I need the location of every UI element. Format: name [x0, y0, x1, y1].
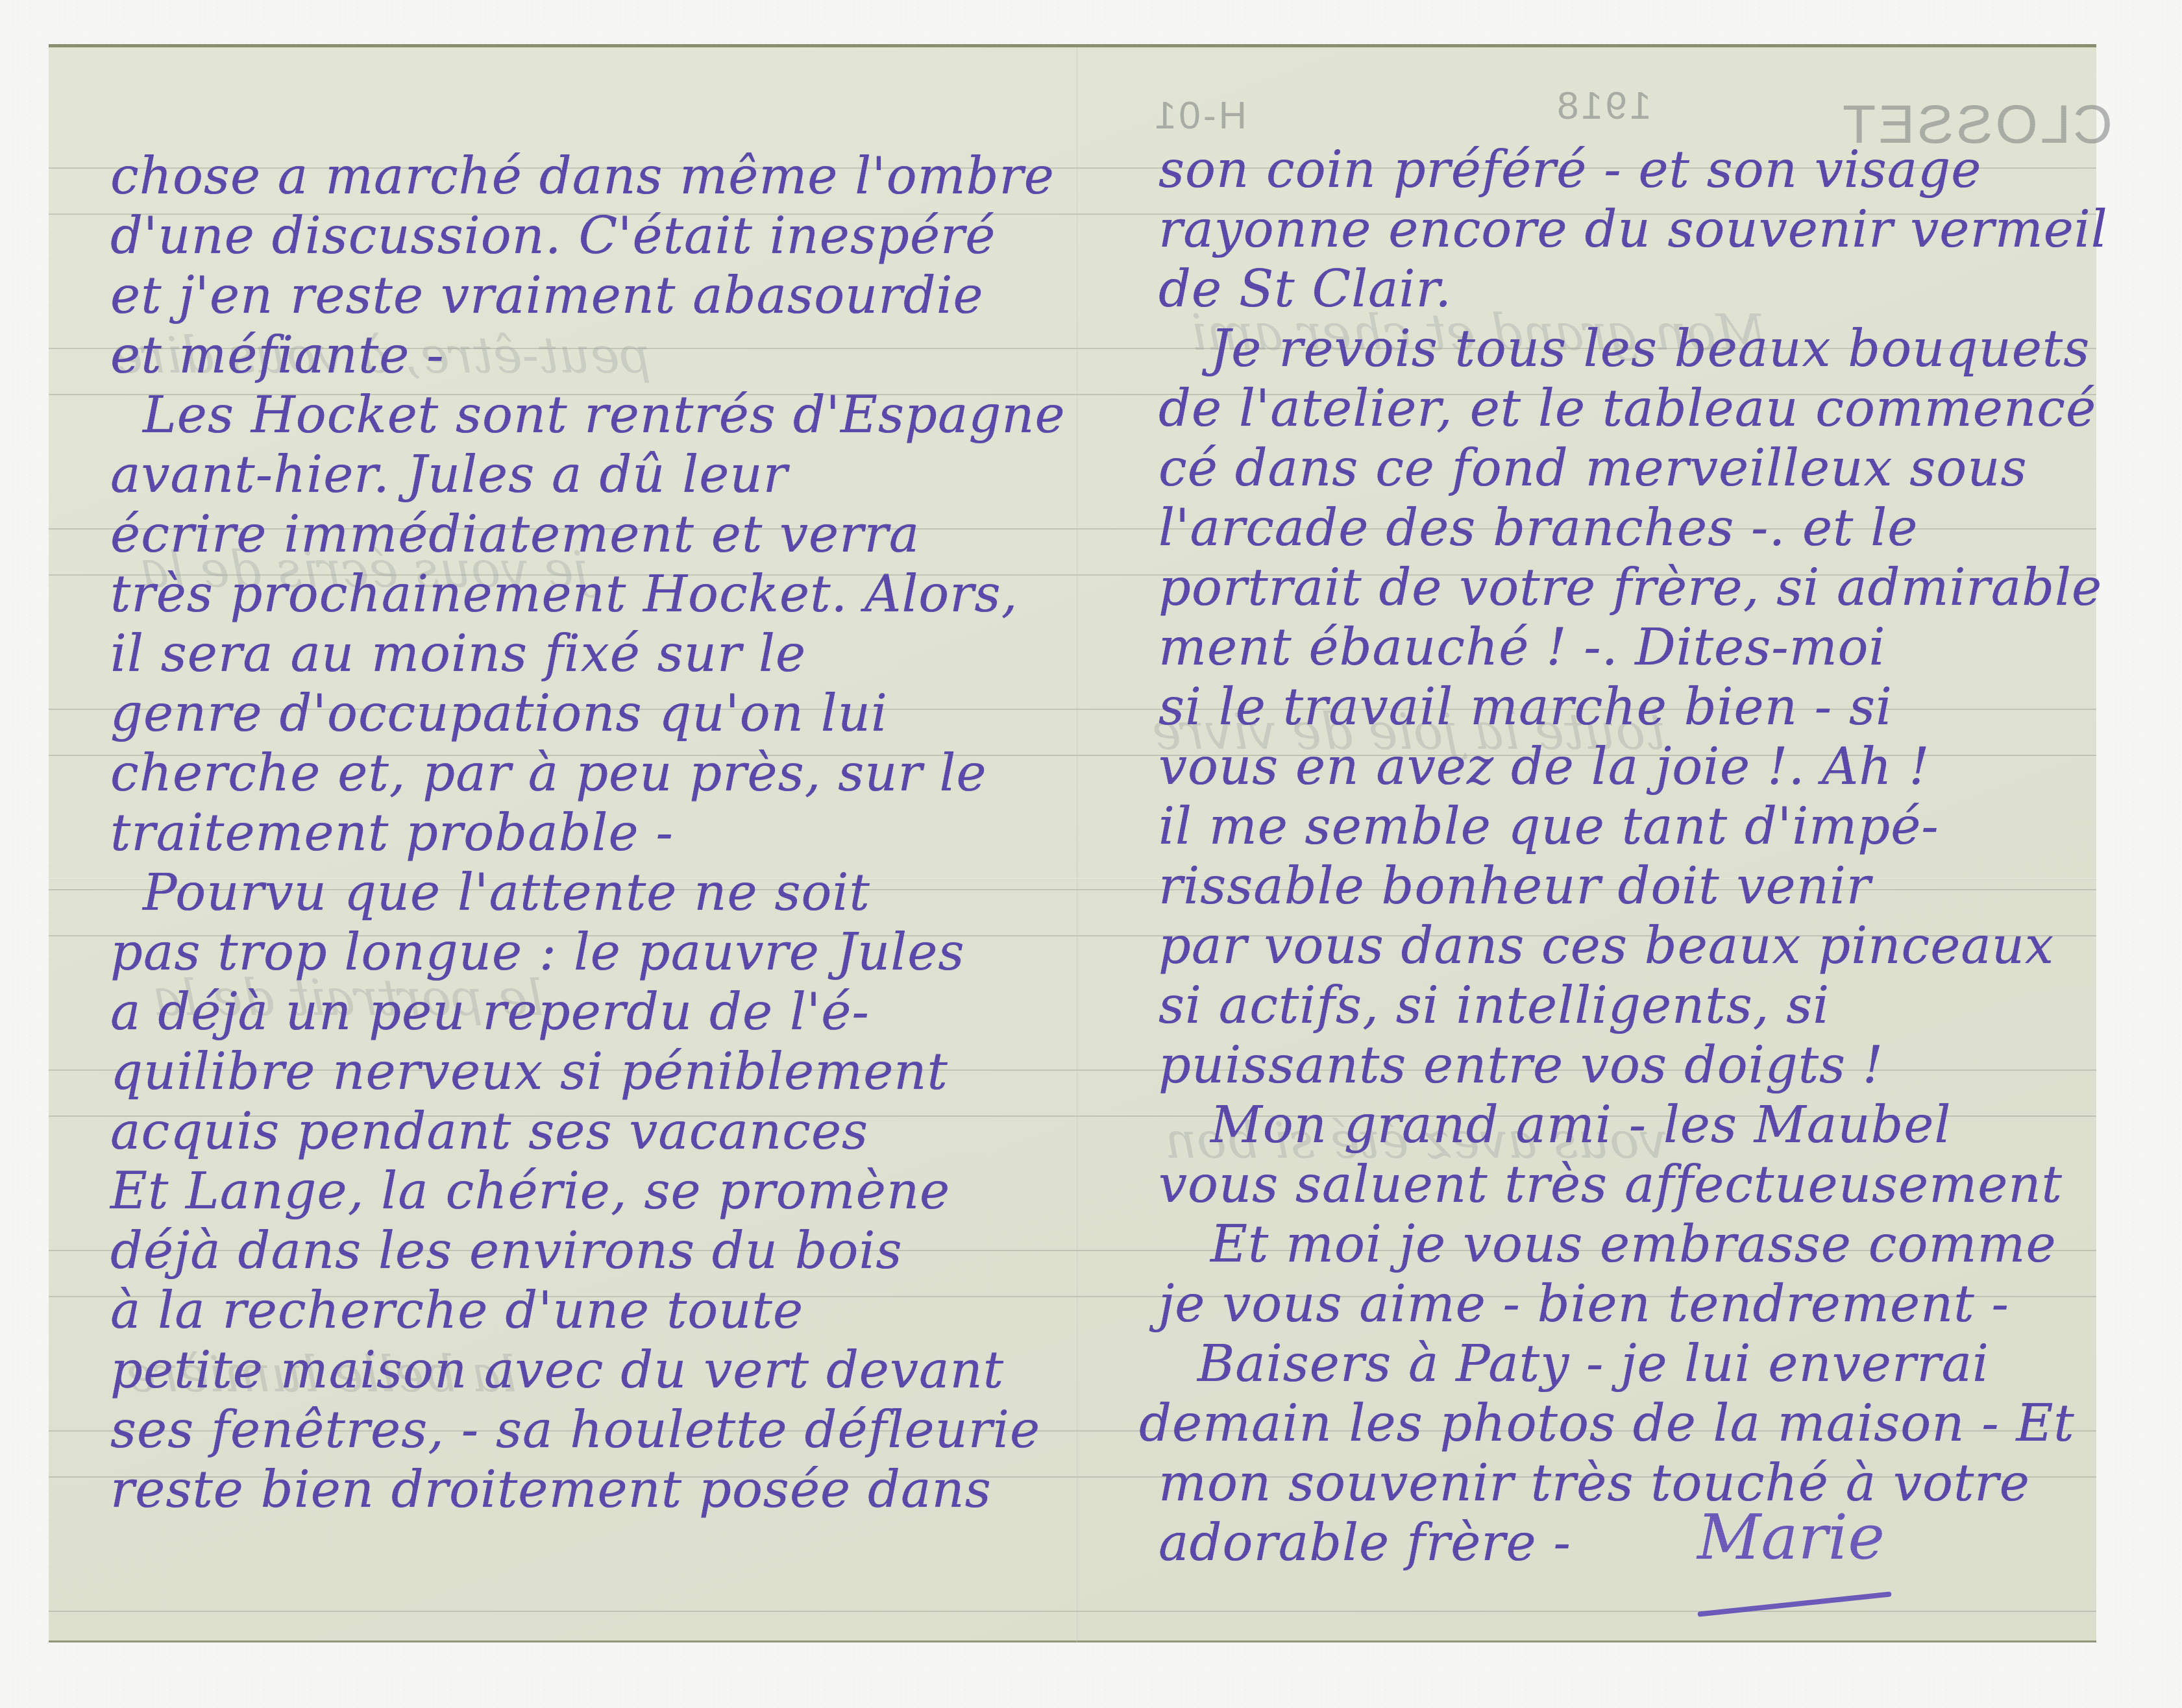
handwritten-line: genre d'occupations qu'on lui: [110, 689, 888, 739]
handwritten-line: rayonne encore du souvenir vermeil: [1158, 204, 2108, 255]
handwritten-line: avant-hier. Jules a dû leur: [110, 450, 788, 500]
handwritten-line: vous en avez de la joie !. Ah !: [1158, 742, 1930, 792]
handwritten-line: rissable bonheur doit venir: [1158, 861, 1871, 912]
signature-underline: [1697, 1591, 1891, 1616]
archival-mark-year: 1918: [1554, 83, 1651, 128]
handwritten-line: Et Lange, la chérie, se promène: [110, 1166, 950, 1217]
handwritten-line: si actifs, si intelligents, si: [1158, 981, 1830, 1031]
handwritten-line: demain les photos de la maison - Et: [1139, 1398, 2075, 1449]
handwritten-line: de l'atelier, et le tableau commencé: [1158, 384, 2096, 434]
handwritten-line: de St Clair.: [1158, 264, 1452, 315]
handwritten-line: Baisers à Paty - je lui enverrai: [1197, 1339, 1989, 1389]
handwritten-line: chose a marché dans même l'ombre: [110, 151, 1055, 202]
handwritten-line: mon souvenir très touché à votre: [1158, 1458, 2030, 1509]
handwritten-line: je vous aime - bien tendrement -: [1158, 1279, 2009, 1330]
handwritten-line: il sera au moins fixé sur le: [110, 629, 806, 679]
handwritten-line: par vous dans ces beaux pinceaux: [1158, 921, 2054, 971]
handwritten-line: acquis pendant ses vacances: [110, 1106, 868, 1157]
handwritten-line: puissants entre vos doigts !: [1158, 1040, 1883, 1091]
center-fold: [1076, 47, 1078, 1642]
handwritten-line: petite maison avec du vert devant: [110, 1345, 1004, 1396]
handwritten-line: écrire immédiatement et verra: [110, 509, 920, 560]
handwritten-line: a déjà un peu reperdu de l'é-: [110, 987, 870, 1038]
letter-sheet: H-01 1918 CLOSSET Mon grand et cher ami …: [49, 44, 2096, 1642]
handwritten-line: il me semble que tant d'impé-: [1158, 801, 1939, 852]
handwritten-line: Mon grand ami - les Maubel: [1210, 1100, 1951, 1151]
handwritten-line: portrait de votre frère, si admirable: [1158, 563, 2102, 613]
handwritten-line: très prochainement Hocket. Alors,: [110, 569, 1018, 620]
handwritten-line: cherche et, par à peu près, sur le: [110, 748, 987, 799]
handwritten-line: son coin préféré - et son visage: [1158, 145, 1981, 195]
handwritten-line: déjà dans les environs du bois: [110, 1226, 903, 1276]
handwritten-line: et méfiante -: [110, 330, 445, 381]
archival-mark-folio: H-01: [1152, 93, 1247, 138]
handwritten-line: Et moi je vous embrasse comme: [1210, 1219, 2057, 1270]
handwritten-line: reste bien droitement posée dans: [110, 1465, 992, 1515]
handwritten-line: et j'en reste vraiment abasourdie: [110, 271, 984, 321]
handwritten-line: à la recherche d'une toute: [110, 1286, 803, 1336]
handwritten-line: ment ébauché ! -. Dites-moi: [1158, 622, 1886, 673]
handwritten-line: traitement probable -: [110, 808, 674, 859]
handwritten-line: vous saluent très affectueusement: [1158, 1160, 2063, 1210]
handwritten-line: adorable frère -: [1158, 1518, 1571, 1568]
handwritten-line: si le travail marche bien - si: [1158, 682, 1893, 733]
handwritten-line: pas trop longue : le pauvre Jules: [110, 927, 964, 978]
handwritten-line: d'une discussion. C'était inespéré: [110, 211, 996, 262]
handwritten-line: quilibre nerveux si péniblement: [110, 1047, 948, 1097]
handwritten-line: Pourvu que l'attente ne soit: [143, 868, 870, 918]
handwritten-line: cé dans ce fond merveilleux sous: [1158, 443, 2027, 494]
handwritten-line: Les Hocket sont rentrés d'Espagne: [143, 390, 1066, 441]
signature: Marie: [1697, 1501, 1885, 1574]
handwritten-line: l'arcade des branches -. et le: [1158, 503, 1918, 554]
handwritten-line: Je revois tous les beaux bouquets: [1210, 324, 2090, 374]
handwritten-line: ses fenêtres, - sa houlette défleurie: [110, 1405, 1040, 1456]
